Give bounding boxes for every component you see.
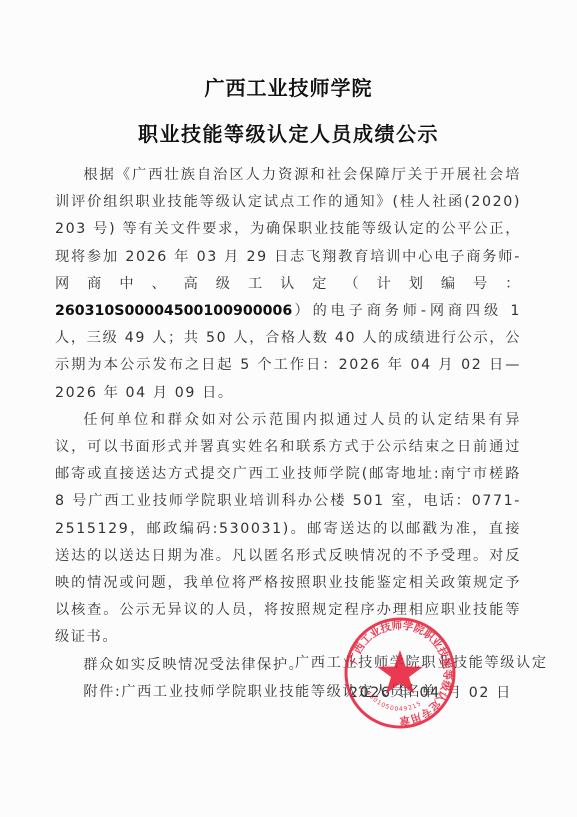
org-title: 广西工业技师学院 — [0, 72, 577, 101]
signature-date: 2026 年 04 月 02 日 — [349, 682, 512, 702]
paragraph-basis-text: 根据《广西壮族自治区人力资源和社会保障厅关于开展社会培训评价组织职业技能等级认定… — [55, 167, 521, 292]
plan-code: 260310S00004500100900006 — [55, 303, 292, 319]
document-page: 广西工业技师学院 职业技能等级认定人员成绩公示 根据《广西壮族自治区人力资源和社… — [0, 0, 577, 817]
page-title: 职业技能等级认定人员成绩公示 — [0, 118, 577, 147]
paragraph-objection: 任何单位和群众如对公示范围内拟通过人员的认定结果有异议，可以书面形式并署真实姓名… — [55, 407, 521, 652]
signature-org: 广西工业技师学院职业技能等级认定 — [295, 652, 548, 672]
paragraph-basis: 根据《广西壮族自治区人力资源和社会保障厅关于开展社会培训评价组织职业技能等级认定… — [55, 162, 521, 407]
notice-body: 根据《广西壮族自治区人力资源和社会保障厅关于开展社会培训评价组织职业技能等级认定… — [55, 162, 521, 706]
